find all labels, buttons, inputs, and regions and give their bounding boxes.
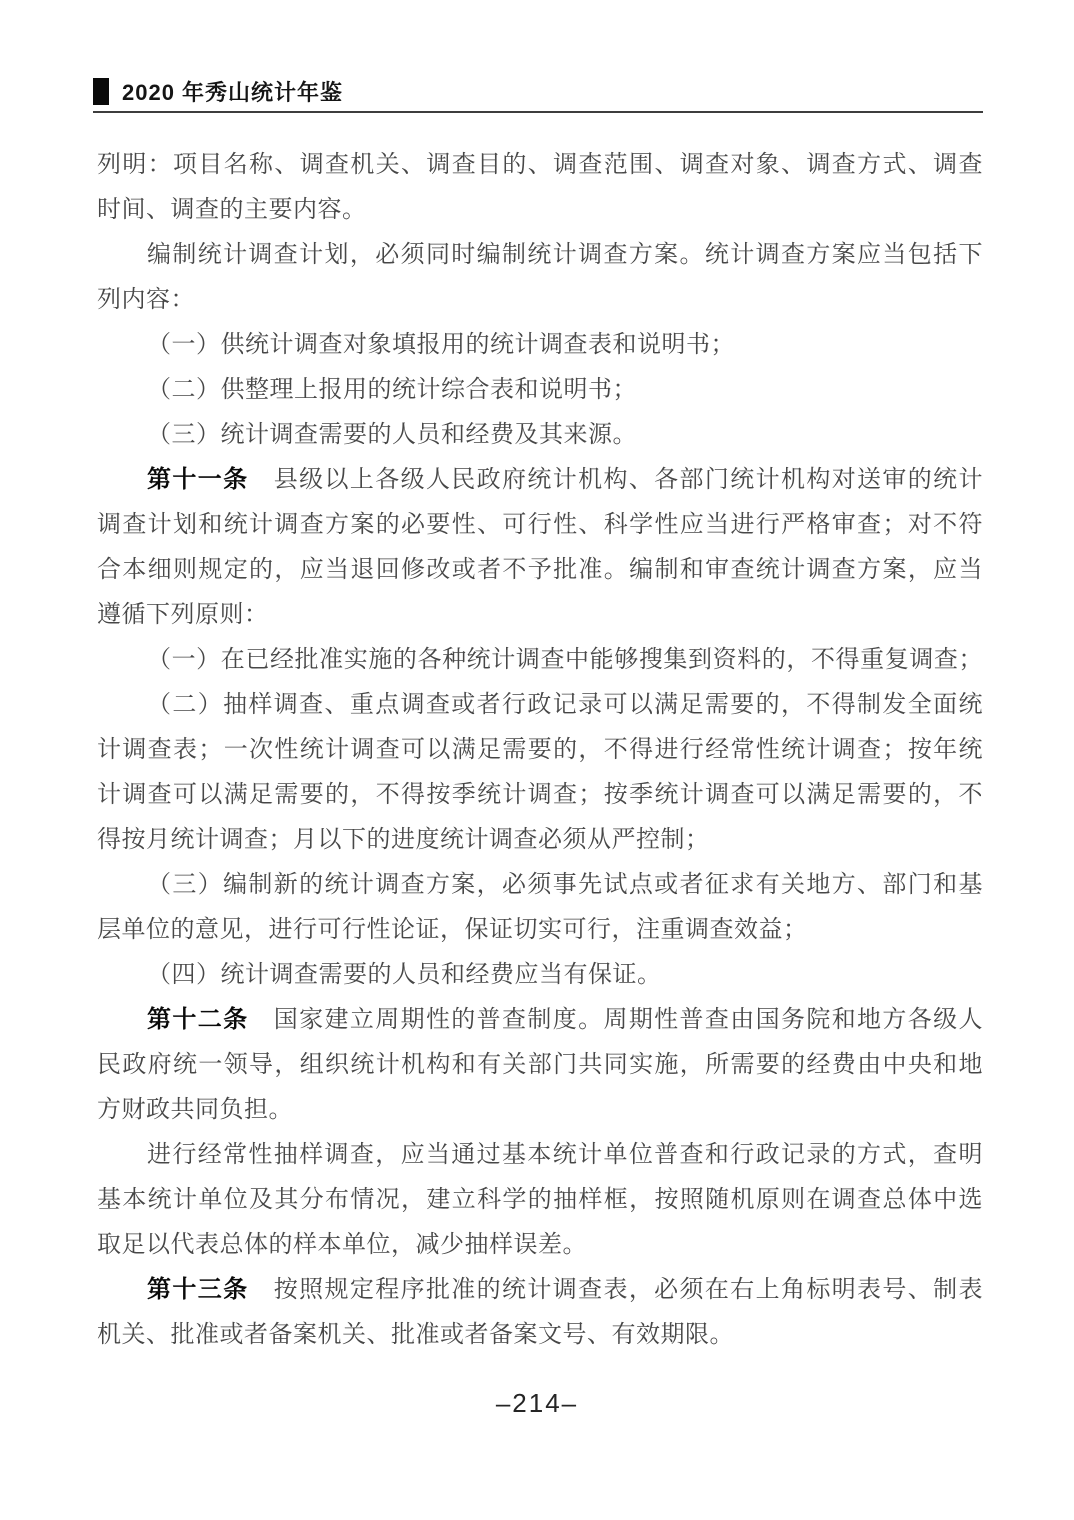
page-footer: –214– — [0, 1388, 1074, 1419]
text-line: 时间、调查的主要内容。 — [97, 188, 983, 233]
text-line: （四）统计调查需要的人员和经费应当有保证。 — [97, 953, 983, 998]
text-line: 进行经常性抽样调查，应当通过基本统计单位普查和行政记录的方式，查明 — [97, 1133, 983, 1178]
text-line: （三）统计调查需要的人员和经费及其来源。 — [97, 413, 983, 458]
text-line: 计调查表；一次性统计调查可以满足需要的，不得进行经常性统计调查；按年统 — [97, 728, 983, 773]
article-number: 第十一条 — [147, 467, 248, 493]
text-line: 基本统计单位及其分布情况，建立科学的抽样框，按照随机原则在调查总体中选 — [97, 1178, 983, 1223]
article-number: 第十二条 — [147, 1007, 248, 1033]
text-line: 层单位的意见，进行可行性论证，保证切实可行，注重调查效益； — [97, 908, 983, 953]
text-line: 第十一条 县级以上各级人民政府统计机构、各部门统计机构对送审的统计 — [97, 458, 983, 503]
article-number: 第十三条 — [147, 1277, 248, 1303]
text-line: 第十二条 国家建立周期性的普查制度。周期性普查由国务院和地方各级人 — [97, 998, 983, 1043]
text-line: 计调查可以满足需要的，不得按季统计调查；按季统计调查可以满足需要的，不 — [97, 773, 983, 818]
text-line: （二）供整理上报用的统计综合表和说明书； — [97, 368, 983, 413]
document-page: 2020 年秀山统计年鉴 列明：项目名称、调查机关、调查目的、调查范围、调查对象… — [0, 0, 1074, 1520]
header-square-marker — [93, 78, 109, 105]
text-line: 得按月统计调查；月以下的进度统计调查必须从严控制； — [97, 818, 983, 863]
text-line: （一）在已经批准实施的各种统计调查中能够搜集到资料的，不得重复调查； — [97, 638, 983, 683]
text-line: 合本细则规定的，应当退回修改或者不予批准。编制和审查统计调查方案，应当 — [97, 548, 983, 593]
text-line: 方财政共同负担。 — [97, 1088, 983, 1133]
text-line: 取足以代表总体的样本单位，减少抽样误差。 — [97, 1223, 983, 1268]
text-line: （二）抽样调查、重点调查或者行政记录可以满足需要的，不得制发全面统 — [97, 683, 983, 728]
page-number: –214– — [496, 1388, 578, 1418]
text-line: 列内容： — [97, 278, 983, 323]
header-title: 2020 年秀山统计年鉴 — [122, 76, 343, 107]
text-line: 列明：项目名称、调查机关、调查目的、调查范围、调查对象、调查方式、调查 — [97, 143, 983, 188]
text-line: 遵循下列原则： — [97, 593, 983, 638]
text-line: 第十三条 按照规定程序批准的统计调查表，必须在右上角标明表号、制表 — [97, 1268, 983, 1313]
text-line: 机关、批准或者备案机关、批准或者备案文号、有效期限。 — [97, 1313, 983, 1358]
text-line: 调查计划和统计调查方案的必要性、可行性、科学性应当进行严格审查；对不符 — [97, 503, 983, 548]
page-header: 2020 年秀山统计年鉴 — [93, 76, 983, 113]
document-body: 列明：项目名称、调查机关、调查目的、调查范围、调查对象、调查方式、调查时间、调查… — [97, 143, 983, 1358]
text-line: 编制统计调查计划，必须同时编制统计调查方案。统计调查方案应当包括下 — [97, 233, 983, 278]
text-line: （一）供统计调查对象填报用的统计调查表和说明书； — [97, 323, 983, 368]
text-line: 民政府统一领导，组织统计机构和有关部门共同实施，所需要的经费由中央和地 — [97, 1043, 983, 1088]
text-line: （三）编制新的统计调查方案，必须事先试点或者征求有关地方、部门和基 — [97, 863, 983, 908]
